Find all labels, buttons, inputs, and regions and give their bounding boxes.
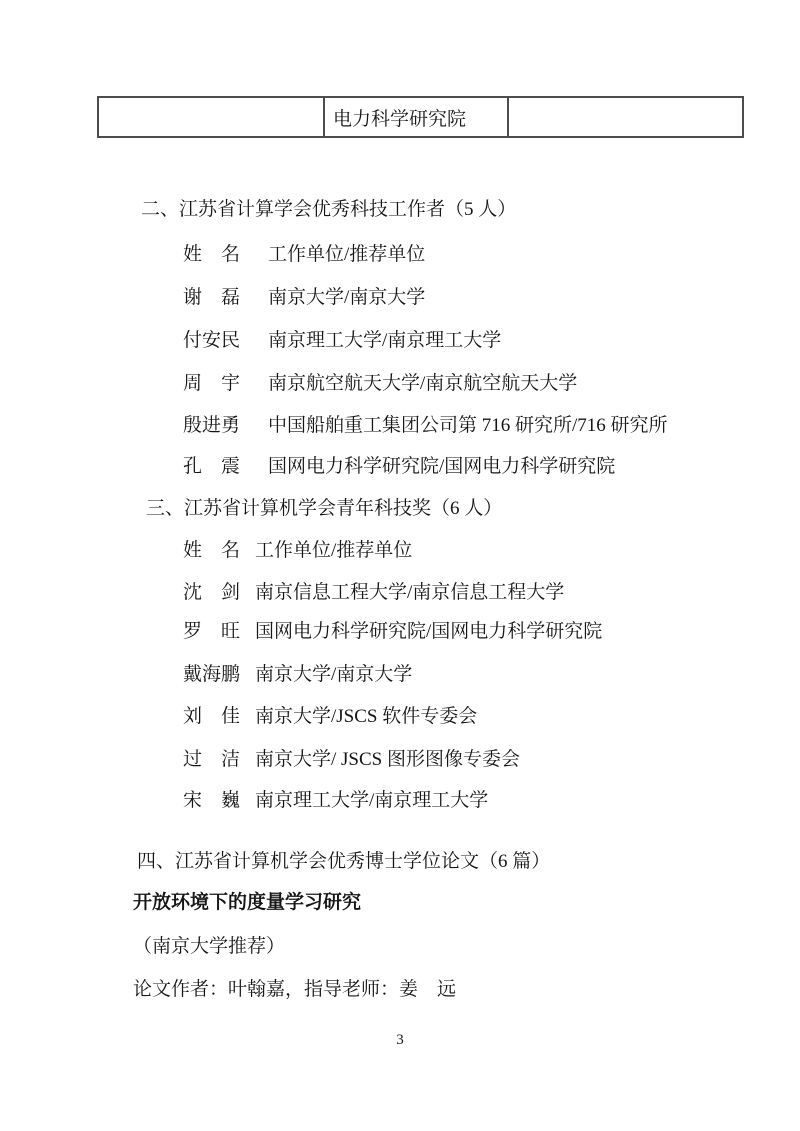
table-row: 谢 磊南京大学/南京大学 (183, 287, 425, 309)
person-unit: 南京大学/南京大学 (268, 287, 425, 308)
person-unit: 南京大学/南京大学 (255, 664, 412, 685)
table-row: 宋 巍南京理工大学/南京理工大学 (183, 790, 488, 812)
column-header-name: 姓 名 (183, 540, 240, 562)
column-header-unit: 工作单位/推荐单位 (255, 540, 412, 561)
section-4-heading: 四、江苏省计算机学会优秀博士学位论文（6 篇） (137, 851, 550, 873)
table-row: 孔 震国网电力科学研究院/国网电力科学研究院 (183, 456, 615, 478)
column-header-name: 姓 名 (183, 244, 240, 266)
section-3-heading: 三、江苏省计算机学会青年科技奖（6 人） (146, 498, 502, 520)
table-row: 姓 名工作单位/推荐单位 (183, 244, 425, 266)
person-name: 殷进勇 (183, 415, 240, 437)
person-unit: 南京信息工程大学/南京信息工程大学 (255, 582, 564, 603)
person-unit: 国网电力科学研究院/国网电力科学研究院 (255, 621, 602, 642)
table-row: 殷进勇中国船舶重工集团公司第 716 研究所/716 研究所 (183, 415, 668, 437)
table-row: 罗 旺国网电力科学研究院/国网电力科学研究院 (183, 621, 602, 643)
person-unit: 南京大学/ JSCS 图形图像专委会 (255, 749, 520, 770)
person-name: 宋 巍 (183, 790, 240, 812)
table-row: 姓 名工作单位/推荐单位 (183, 540, 412, 562)
person-name: 罗 旺 (183, 621, 240, 643)
person-unit: 南京航空航天大学/南京航空航天大学 (268, 373, 577, 394)
table-cell-right (509, 98, 742, 136)
person-unit: 南京理工大学/南京理工大学 (268, 330, 501, 351)
person-name: 周 宇 (183, 373, 240, 395)
person-name: 戴海鹏 (183, 664, 240, 686)
thesis-recommendation: （南京大学推荐） (133, 936, 285, 958)
person-name: 付安民 (183, 330, 240, 352)
person-unit: 中国船舶重工集团公司第 716 研究所/716 研究所 (268, 415, 668, 436)
page-number: 3 (0, 1031, 800, 1049)
table-row: 过 洁南京大学/ JSCS 图形图像专委会 (183, 749, 520, 771)
person-unit: 南京理工大学/南京理工大学 (255, 790, 488, 811)
person-name: 刘 佳 (183, 706, 240, 728)
person-unit: 国网电力科学研究院/国网电力科学研究院 (268, 456, 615, 477)
person-unit: 南京大学/JSCS 软件专委会 (255, 706, 477, 727)
table-row: 沈 剑南京信息工程大学/南京信息工程大学 (183, 582, 564, 604)
table-cell-left (99, 98, 325, 136)
table-row: 付安民南京理工大学/南京理工大学 (183, 330, 501, 352)
thesis-authors: 论文作者：叶翰嘉，指导老师：姜 远 (133, 979, 456, 1001)
award-table-fragment: 电力科学研究院 (97, 96, 744, 138)
person-name: 过 洁 (183, 749, 240, 771)
person-name: 沈 剑 (183, 582, 240, 604)
table-cell-unit: 电力科学研究院 (325, 98, 509, 136)
table-row: 戴海鹏南京大学/南京大学 (183, 664, 412, 686)
document-page: 电力科学研究院 二、江苏省计算学会优秀科技工作者（5 人） 姓 名工作单位/推荐… (0, 0, 800, 1131)
table-row: 周 宇南京航空航天大学/南京航空航天大学 (183, 373, 577, 395)
person-name: 谢 磊 (183, 287, 240, 309)
section-2-heading: 二、江苏省计算学会优秀科技工作者（5 人） (141, 199, 516, 221)
column-header-unit: 工作单位/推荐单位 (268, 244, 425, 265)
person-name: 孔 震 (183, 456, 240, 478)
table-row: 刘 佳南京大学/JSCS 软件专委会 (183, 706, 477, 728)
thesis-title: 开放环境下的度量学习研究 (133, 892, 361, 914)
